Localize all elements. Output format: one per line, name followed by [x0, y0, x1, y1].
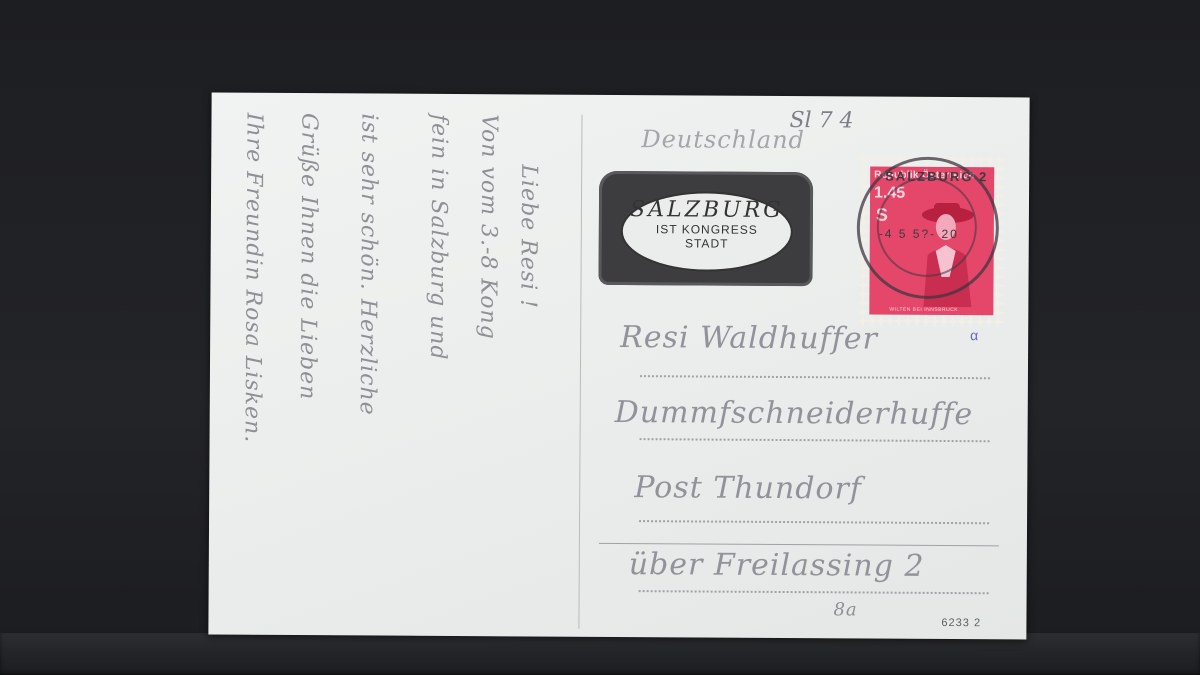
postmark-city: SALZBURG 2	[885, 169, 988, 185]
postcard-back: Liebe Resi ! Von vom 3.-8 Kong fein in S…	[208, 93, 1029, 640]
address-rule	[639, 520, 989, 524]
address-rule	[639, 590, 989, 594]
message-line: ist sehr schön. Herzliche	[355, 113, 382, 415]
stamp-caption: WILTEN BEI INNSBRUCK	[889, 307, 958, 313]
cancellation-city: SALZBURG	[623, 197, 791, 223]
address-line: Resi Waldhuffer	[620, 320, 878, 357]
message-line: Von vom 3.-8 Kong	[475, 114, 501, 340]
address-line: Post Thundorf	[634, 470, 862, 506]
pencil-bottom-note: 8a	[833, 599, 857, 620]
slogan-cancellation: SALZBURG IST KONGRESS STADT	[590, 163, 821, 294]
cancellation-oval: SALZBURG IST KONGRESS STADT	[621, 191, 793, 272]
message-line: Liebe Resi !	[515, 164, 541, 309]
address-rule	[640, 438, 990, 442]
address-line: Dummfschneiderhuffe	[615, 395, 974, 432]
message-line: fein in Salzburg und	[425, 114, 452, 361]
address-heading: Deutschland	[641, 125, 805, 154]
print-number: 6233 2	[941, 617, 981, 629]
postmark-date: -4 5 5?- 20	[879, 227, 959, 241]
message-line: Ihre Freundin Rosa Lisken.	[240, 113, 267, 444]
address-line: über Freilassing 2	[629, 547, 925, 584]
address-rule-solid	[599, 543, 999, 546]
cancellation-line-2: STADT	[623, 236, 791, 251]
cancellation-line-1: IST KONGRESS	[623, 222, 791, 237]
center-divider	[578, 115, 582, 629]
message-line: Grüße Ihnen die Lieben	[295, 113, 322, 400]
blue-mark: α	[970, 327, 978, 343]
address-rule	[640, 375, 990, 379]
